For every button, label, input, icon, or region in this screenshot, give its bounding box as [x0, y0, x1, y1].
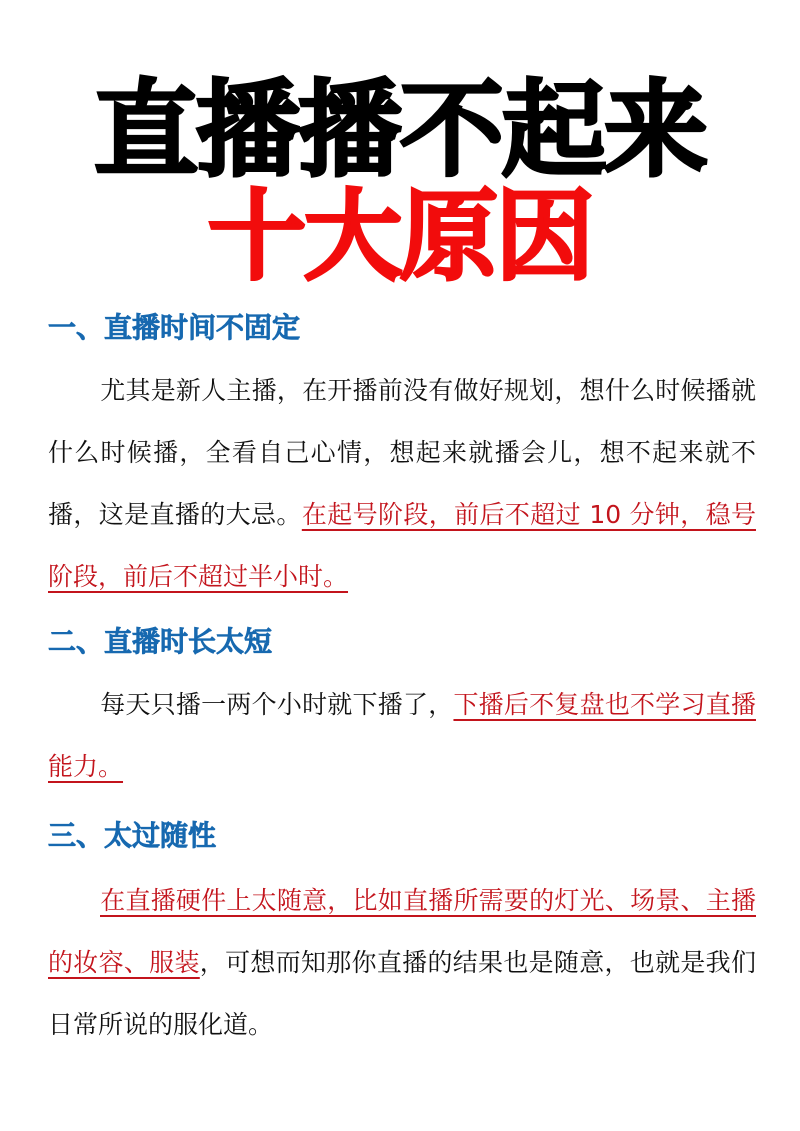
section-body-1: 尤其是新人主播，在开播前没有做好规划，想什么时候播就什么时候播，全看自己心情，想…	[48, 360, 756, 608]
section-heading-1: 一、直播时间不固定	[48, 310, 300, 346]
section-body-3: 在直播硬件上太随意，比如直播所需要的灯光、场景、主播的妆容、服装，可想而知那你直…	[48, 870, 756, 1056]
section-body-2: 每天只播一两个小时就下播了，下播后不复盘也不学习直播能力。	[48, 674, 756, 798]
page-title: 直播播不起来	[0, 70, 800, 190]
page-subtitle: 十大原因	[0, 182, 800, 292]
section-heading-2: 二、直播时长太短	[48, 624, 272, 660]
body-text: 每天只播一两个小时就下播了，	[100, 690, 453, 719]
section-heading-3: 三、太过随性	[48, 818, 216, 854]
